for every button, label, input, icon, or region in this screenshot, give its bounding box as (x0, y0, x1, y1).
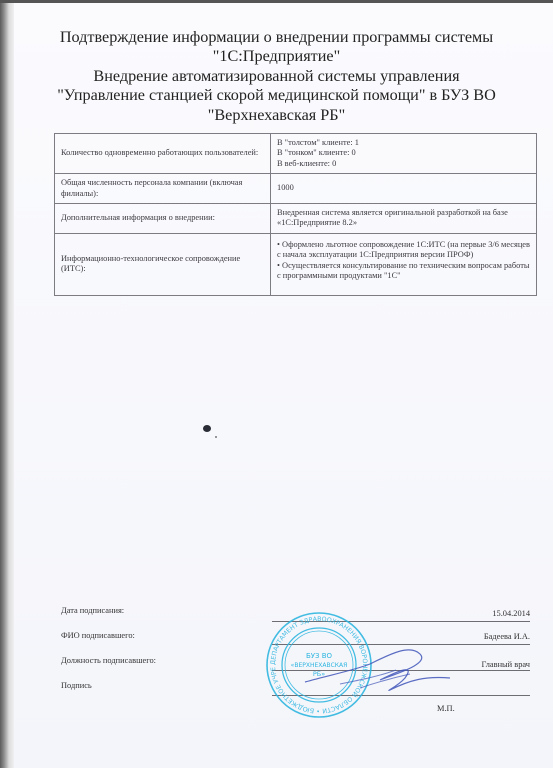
title-line-2: "1С:Предприятие" (0, 47, 553, 66)
name-value: Бадеева И.А. (484, 632, 530, 641)
document-title: Подтверждение информации о внедрении про… (0, 28, 553, 125)
ink-speck (203, 425, 211, 432)
title-line-4: "Управление станцией скорой медицинской … (0, 86, 553, 105)
row-value: • Оформлено льготное сопровождение 1С:ИТ… (271, 233, 537, 295)
table-row: Дополнительная информация о внедрении: В… (55, 204, 537, 234)
row-label: Дополнительная информация о внедрении: (55, 204, 271, 234)
row-value: 1000 (271, 174, 537, 204)
row-label: Информационно-технологическое сопровожде… (55, 233, 271, 295)
date-label: Дата подписания: (61, 606, 124, 615)
value-line: В "толстом" клиенте: 1 (277, 138, 530, 148)
name-label: ФИО подписавшего: (61, 631, 135, 640)
implementation-info-table: Количество одновременно работающих польз… (54, 133, 537, 296)
value-line: • Осуществляется консультирование по тех… (277, 261, 530, 282)
value-line: В "тонком" клиенте: 0 (277, 148, 530, 158)
signature-label: Подпись (61, 681, 92, 690)
table-row: Общая численность персонала компании (вк… (55, 174, 537, 204)
table-row: Информационно-технологическое сопровожде… (55, 233, 537, 295)
value-line: • Оформлено льготное сопровождение 1С:ИТ… (277, 240, 530, 261)
title-line-5: "Верхнехавская РБ" (0, 106, 553, 125)
title-line-1: Подтверждение информации о внедрении про… (0, 28, 553, 47)
date-value: 15.04.2014 (492, 609, 530, 618)
row-value: Внедренная система является оригинальной… (271, 204, 537, 234)
position-value: Главный врач (482, 660, 530, 669)
row-value: В "толстом" клиенте: 1 В "тонком" клиент… (271, 134, 537, 174)
handwritten-signature-icon (300, 640, 460, 700)
ink-speck (215, 436, 217, 438)
title-line-3: Внедрение автоматизированной системы упр… (0, 67, 553, 86)
row-label: Количество одновременно работающих польз… (55, 134, 271, 174)
table-row: Количество одновременно работающих польз… (55, 134, 537, 174)
position-label: Должность подписавшего: (61, 656, 156, 665)
value-line: В веб-клиенте: 0 (277, 159, 530, 169)
stamp-place-mark: М.П. (437, 704, 455, 713)
row-label: Общая численность персонала компании (вк… (55, 174, 271, 204)
